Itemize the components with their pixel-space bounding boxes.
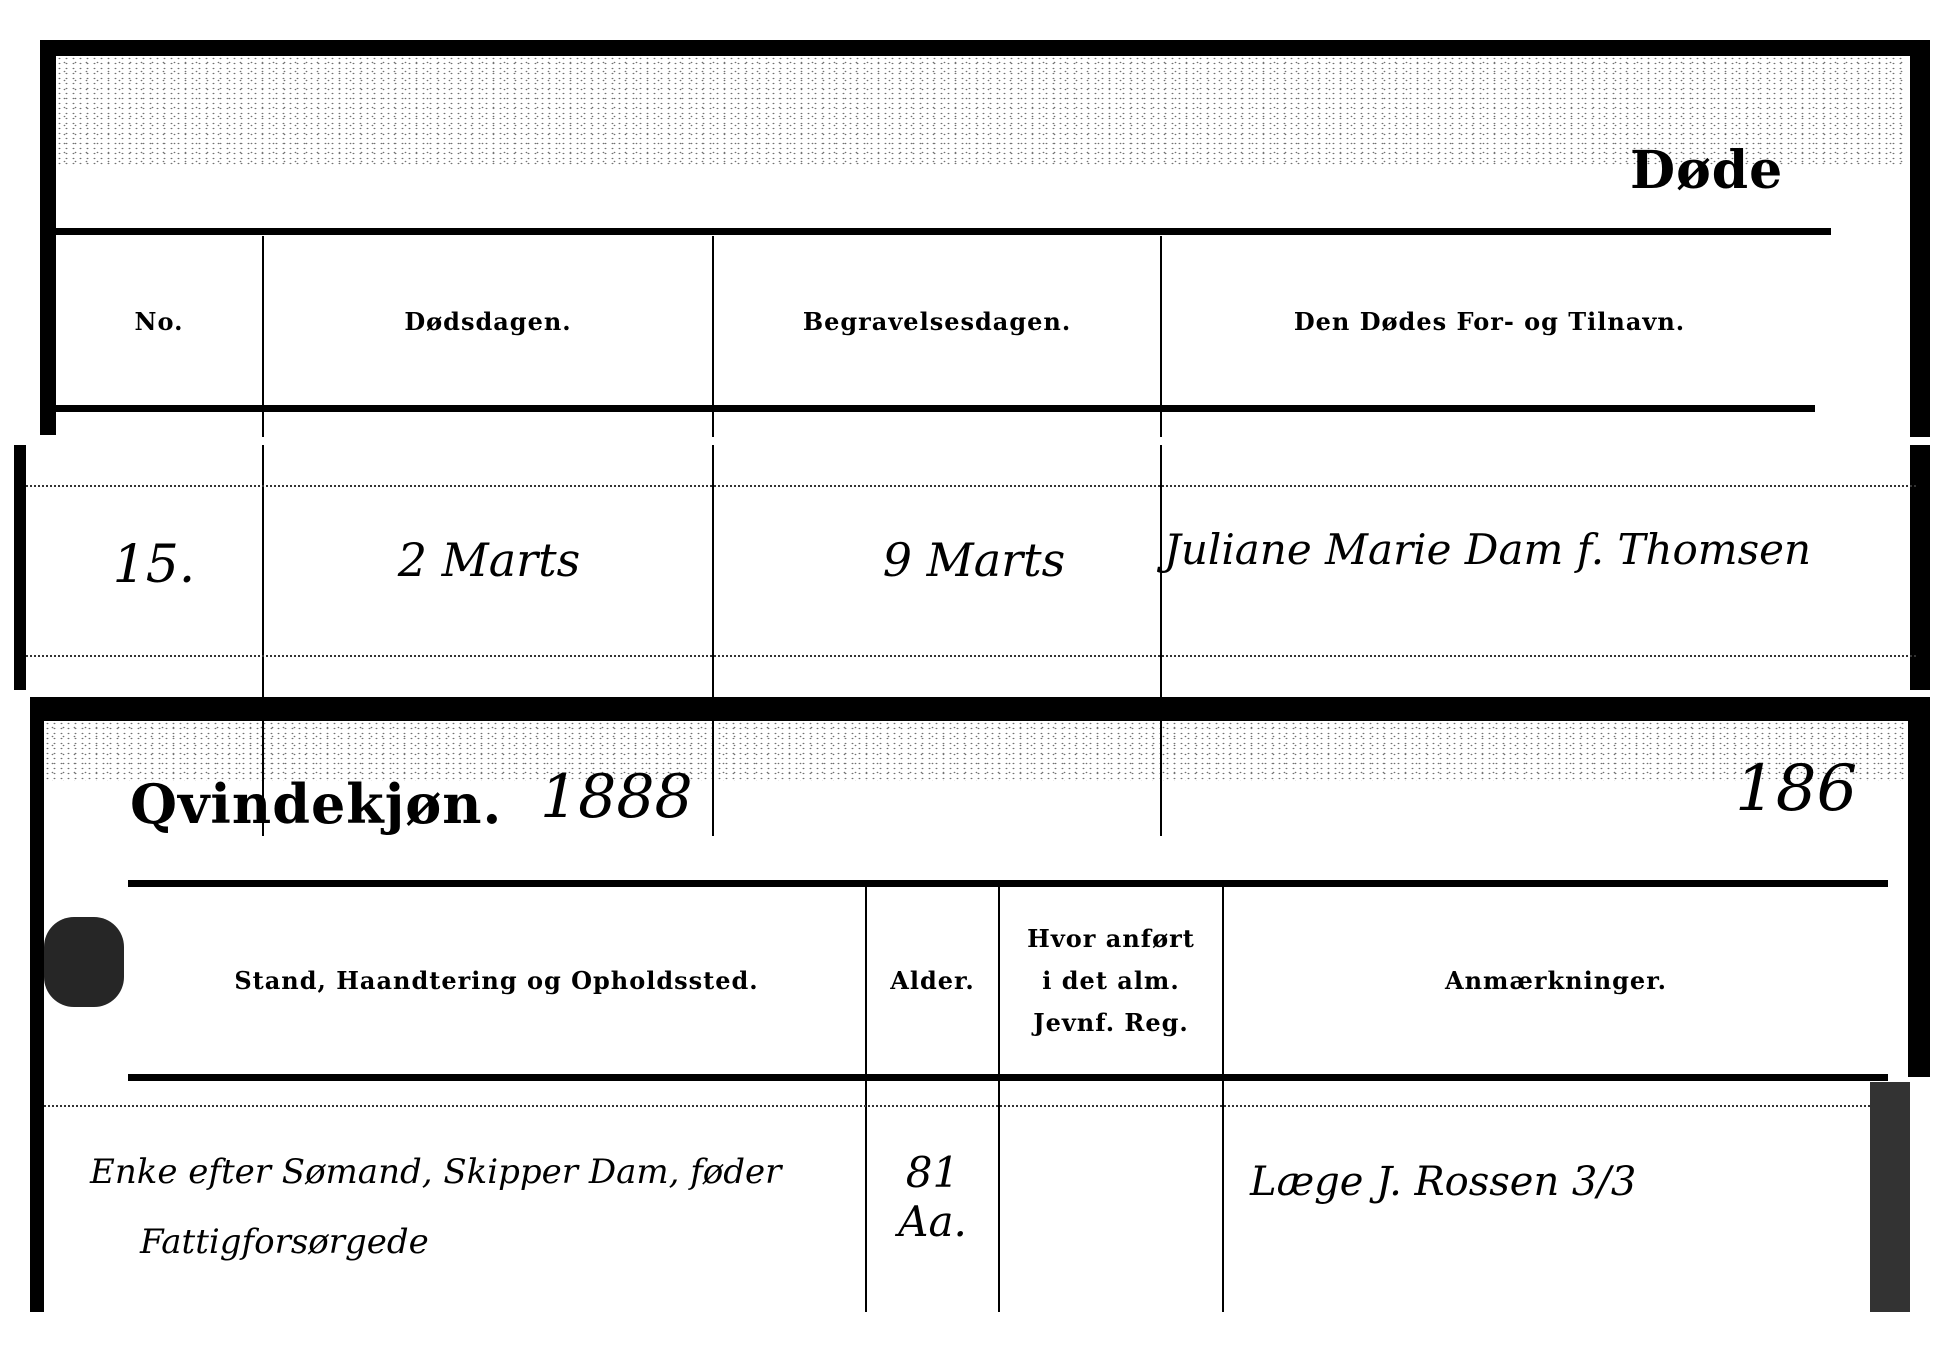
header-rule-top: [56, 228, 1831, 235]
scan-border-left: [40, 40, 56, 435]
header-rule-bottom: [50, 405, 1815, 412]
bottom-record-strip: Qvindekjøn. 1888 186 Stand, Haandtering …: [30, 697, 1930, 1312]
scan-border-right-2: [1908, 697, 1930, 1077]
scan-border-left-2: [30, 697, 44, 1312]
header-burial-date: Begravelsesdagen.: [714, 236, 1160, 406]
header-rule-top-2: [128, 880, 1888, 887]
binding-shadow: [44, 917, 124, 1007]
top-record-row: 15. 2 Marts 9 Marts Juliane Marie Dam f.…: [14, 445, 1930, 690]
record-remarks: Læge J. Rossen 3/3: [1250, 1159, 1636, 1205]
header-register-line3: Jevnf. Reg.: [1033, 1002, 1189, 1044]
scan-border-top-2: [30, 697, 1930, 721]
record-number: 15.: [54, 505, 254, 625]
record-burial-date: 9 Marts: [774, 500, 1174, 620]
page-number: 186: [1735, 752, 1857, 826]
header-death-date: Dødsdagen.: [264, 236, 712, 406]
record-occupation-line1: Enke efter Sømand, Skipper Dam, føder: [90, 1152, 781, 1192]
scan-seam: [0, 437, 1955, 445]
header-no: No.: [56, 236, 262, 406]
header-age: Alder.: [867, 887, 998, 1074]
scan-border-top: [40, 40, 1930, 56]
record-occupation-line2: Fattigforsørgede: [140, 1222, 429, 1262]
record-deceased-name: Juliane Marie Dam f. Thomsen: [1164, 525, 1924, 645]
row-rule-top: [26, 485, 1916, 487]
header-rule-bottom-2: [128, 1074, 1888, 1081]
record-age: 81 Aa.: [870, 1152, 995, 1242]
header-register-line2: i det alm.: [1042, 960, 1179, 1002]
row-rule-top-2: [44, 1105, 1874, 1107]
header-register-line1: Hvor anført: [1027, 918, 1195, 960]
record-death-date: 2 Marts: [264, 500, 714, 620]
record-register-ref: [1005, 1152, 1215, 1242]
register-year: 1888: [540, 762, 693, 832]
page-curl-shadow: [1870, 1082, 1910, 1312]
section-title-dode: Døde: [1630, 140, 1783, 201]
header-name: Den Dødes For- og Tilnavn.: [1162, 236, 1817, 406]
header-register-ref: Hvor anført i det alm. Jevnf. Reg.: [1000, 887, 1222, 1074]
header-occupation: Stand, Haandtering og Opholdssted.: [128, 887, 865, 1074]
header-remarks: Anmærkninger.: [1224, 887, 1888, 1074]
paper-texture: [56, 56, 1906, 166]
scan-border-left-lower: [14, 445, 26, 690]
section-title-qvindekjon: Qvindekjøn.: [130, 772, 502, 836]
row-rule-bottom: [26, 655, 1916, 657]
